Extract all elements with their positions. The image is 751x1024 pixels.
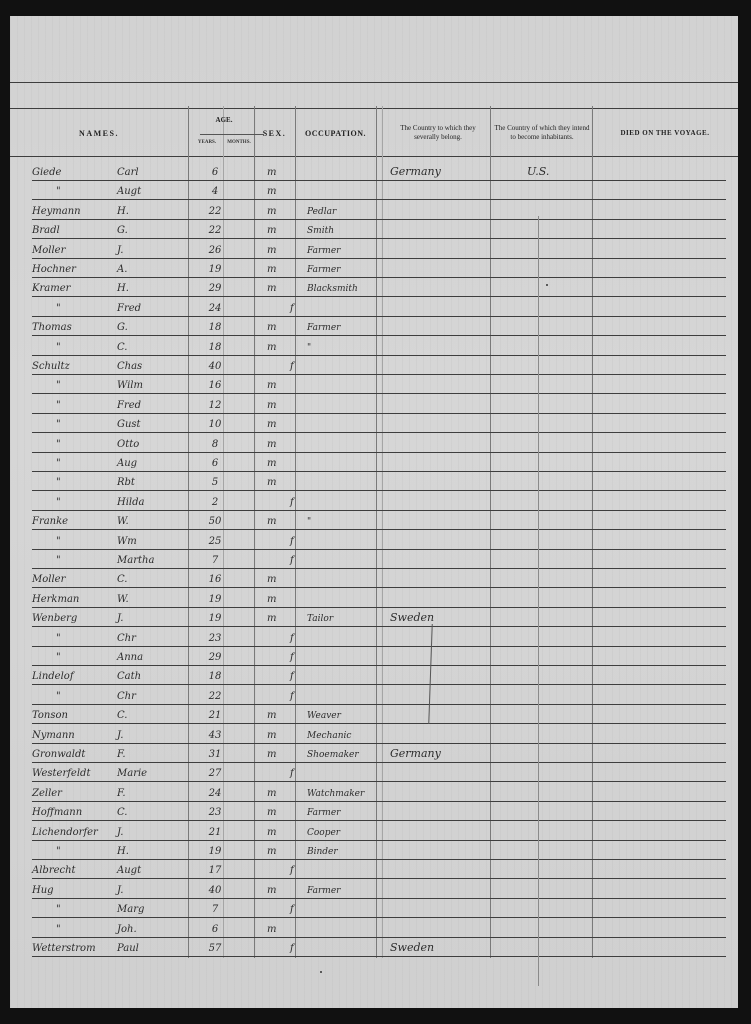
- sex-cell: f: [290, 633, 330, 644]
- given-name-cell: H.: [117, 283, 187, 294]
- age-years-cell: 16: [205, 380, 225, 391]
- header-names: NAMES.: [10, 110, 188, 156]
- sex-cell: f: [290, 536, 330, 547]
- sex-cell: m: [267, 245, 307, 256]
- age-years-cell: 17: [205, 865, 225, 876]
- sex-cell: m: [267, 846, 307, 857]
- sex-cell: f: [290, 671, 330, 682]
- table-row: ThomasG.18mFarmer: [32, 316, 726, 336]
- occupation-cell: Pedlar: [307, 207, 387, 217]
- sex-cell: f: [290, 904, 330, 915]
- sex-cell: m: [267, 167, 307, 178]
- surname-cell: Giede: [32, 167, 112, 178]
- surname-cell: Albrecht: [32, 865, 112, 876]
- header-age-months: MONTHS.: [224, 140, 254, 145]
- surname-cell: Moller: [32, 574, 112, 585]
- table-row: "Martha7f: [32, 549, 726, 569]
- table-row: "H.19mBinder: [32, 840, 726, 860]
- surname-cell: Westerfeldt: [32, 768, 112, 779]
- table-row: NymannJ.43mMechanic: [32, 724, 726, 744]
- surname-cell: Wetterstrom: [32, 943, 112, 954]
- given-name-cell: J.: [117, 730, 187, 741]
- given-name-cell: Rbt: [117, 477, 187, 488]
- sex-cell: f: [290, 361, 330, 372]
- occupation-cell: ": [307, 343, 387, 353]
- table-row: BradlG.22mSmith: [32, 219, 726, 239]
- given-name-cell: Paul: [117, 943, 187, 954]
- age-years-cell: 50: [205, 516, 225, 527]
- sex-cell: m: [267, 283, 307, 294]
- table-row: LichendorferJ.21mCooper: [32, 821, 726, 841]
- given-name-cell: C.: [117, 342, 187, 353]
- sex-cell: m: [267, 885, 307, 896]
- age-years-cell: 4: [205, 186, 225, 197]
- age-years-cell: 12: [205, 400, 225, 411]
- occupation-cell: Blacksmith: [307, 284, 387, 294]
- sex-cell: m: [267, 574, 307, 585]
- age-years-cell: 22: [205, 691, 225, 702]
- sex-cell: f: [290, 303, 330, 314]
- occupation-cell: Farmer: [307, 808, 387, 818]
- table-row: "Augt4m: [32, 180, 726, 200]
- sex-cell: m: [267, 710, 307, 721]
- given-name-cell: A.: [117, 264, 187, 275]
- age-years-cell: 22: [205, 206, 225, 217]
- surname-cell: Gronwaldt: [32, 749, 112, 760]
- given-name-cell: F.: [117, 788, 187, 799]
- sex-cell: m: [267, 264, 307, 275]
- sex-cell: m: [267, 322, 307, 333]
- header-sex: SEX.: [254, 110, 295, 156]
- occupation-cell: Binder: [307, 847, 387, 857]
- given-name-cell: Fred: [117, 303, 187, 314]
- sex-cell: m: [267, 594, 307, 605]
- table-row: "Joh.6m: [32, 918, 726, 938]
- table-row: HoffmannC.23mFarmer: [32, 801, 726, 821]
- age-years-cell: 40: [205, 885, 225, 896]
- fold-crease: [538, 216, 539, 986]
- age-years-cell: 19: [205, 846, 225, 857]
- age-years-cell: 18: [205, 322, 225, 333]
- table-row: HeymannH.22mPedlar: [32, 200, 726, 220]
- surname-cell: Heymann: [32, 206, 112, 217]
- age-years-cell: 21: [205, 710, 225, 721]
- table-row: AlbrechtAugt17f: [32, 859, 726, 879]
- age-years-cell: 29: [205, 652, 225, 663]
- age-years-cell: 19: [205, 594, 225, 605]
- given-name-cell: Chr: [117, 633, 187, 644]
- table-row: WenbergJ.19mTailorSweden: [32, 607, 726, 627]
- sex-cell: f: [290, 691, 330, 702]
- age-years-cell: 57: [205, 943, 225, 954]
- given-name-cell: Aug: [117, 458, 187, 469]
- table-row: MollerC.16m: [32, 568, 726, 588]
- age-years-cell: 6: [205, 167, 225, 178]
- sex-cell: f: [290, 768, 330, 779]
- table-row: "Fred12m: [32, 394, 726, 414]
- table-row: ZellerF.24mWatchmaker: [32, 782, 726, 802]
- sex-cell: m: [267, 516, 307, 527]
- sex-cell: m: [267, 613, 307, 624]
- age-years-cell: 21: [205, 827, 225, 838]
- given-name-cell: C.: [117, 807, 187, 818]
- occupation-cell: Shoemaker: [307, 750, 387, 760]
- sex-cell: m: [267, 225, 307, 236]
- table-row: MollerJ.26mFarmer: [32, 239, 726, 259]
- surname-cell: Lindelof: [32, 671, 112, 682]
- sex-cell: m: [267, 400, 307, 411]
- age-rule: [200, 134, 264, 135]
- age-years-cell: 7: [205, 555, 225, 566]
- age-years-cell: 18: [205, 671, 225, 682]
- sex-cell: m: [267, 924, 307, 935]
- table-row: WesterfeldtMarie27f: [32, 762, 726, 782]
- sex-cell: m: [267, 807, 307, 818]
- header-top-rule: [10, 108, 738, 109]
- occupation-cell: Farmer: [307, 265, 387, 275]
- table-row: "Chr23f: [32, 627, 726, 647]
- surname-cell: Hug: [32, 885, 112, 896]
- surname-cell: Thomas: [32, 322, 112, 333]
- surname-cell: Tonson: [32, 710, 112, 721]
- sex-cell: m: [267, 730, 307, 741]
- sex-cell: f: [290, 652, 330, 663]
- surname-cell: Lichendorfer: [32, 827, 112, 838]
- table-row: "C.18m": [32, 336, 726, 356]
- occupation-cell: ": [307, 517, 387, 527]
- header-country-intend: The Country of which they intend to beco…: [493, 110, 591, 156]
- age-years-cell: 6: [205, 924, 225, 935]
- given-name-cell: Hilda: [117, 497, 187, 508]
- age-years-cell: 5: [205, 477, 225, 488]
- occupation-cell: Tailor: [307, 614, 387, 624]
- age-years-cell: 2: [205, 497, 225, 508]
- ink-spot: [546, 284, 548, 286]
- sex-cell: m: [267, 380, 307, 391]
- header-died: DIED ON THE VOYAGE.: [595, 110, 735, 156]
- header-occupation: OCCUPATION.: [295, 110, 376, 156]
- given-name-cell: F.: [117, 749, 187, 760]
- sex-cell: f: [290, 943, 330, 954]
- table-row: LindelofCath18f: [32, 665, 726, 685]
- given-name-cell: Carl: [117, 167, 187, 178]
- sex-cell: m: [267, 419, 307, 430]
- sex-cell: m: [267, 342, 307, 353]
- occupation-cell: Farmer: [307, 886, 387, 896]
- table-row: HerkmanW.19m: [32, 588, 726, 608]
- age-years-cell: 23: [205, 807, 225, 818]
- table-row: GronwaldtF.31mShoemakerGermany: [32, 743, 726, 763]
- surname-cell: Hochner: [32, 264, 112, 275]
- country-belong-cell: Sweden: [390, 941, 500, 954]
- given-name-cell: H.: [117, 846, 187, 857]
- age-years-cell: 24: [205, 303, 225, 314]
- occupation-cell: Mechanic: [307, 731, 387, 741]
- table-row: "Otto8m: [32, 433, 726, 453]
- occupation-cell: Weaver: [307, 711, 387, 721]
- given-name-cell: Augt: [117, 865, 187, 876]
- given-name-cell: G.: [117, 322, 187, 333]
- age-years-cell: 8: [205, 439, 225, 450]
- age-years-cell: 19: [205, 264, 225, 275]
- table-row: "Aug6m: [32, 452, 726, 472]
- age-years-cell: 29: [205, 283, 225, 294]
- sex-cell: m: [267, 439, 307, 450]
- occupation-cell: Watchmaker: [307, 789, 387, 799]
- given-name-cell: Wm: [117, 536, 187, 547]
- given-name-cell: Joh.: [117, 924, 187, 935]
- age-years-cell: 6: [205, 458, 225, 469]
- table-row: "Rbt5m: [32, 471, 726, 491]
- given-name-cell: J.: [117, 827, 187, 838]
- surname-cell: Bradl: [32, 225, 112, 236]
- surname-cell: Herkman: [32, 594, 112, 605]
- surname-cell: Kramer: [32, 283, 112, 294]
- surname-cell: Wenberg: [32, 613, 112, 624]
- given-name-cell: J.: [117, 885, 187, 896]
- table-row: "Chr22f: [32, 685, 726, 705]
- country-intend-cell: U.S.: [527, 165, 587, 178]
- ink-spot: [320, 971, 322, 973]
- country-belong-cell: Germany: [390, 165, 500, 178]
- sex-cell: f: [290, 555, 330, 566]
- table-row: GiedeCarl6mGermanyU.S.: [32, 161, 726, 181]
- table-row: SchultzChas40f: [32, 355, 726, 375]
- header-country-belong: The Country to which they severally belo…: [390, 110, 486, 156]
- header-bottom-rule: [10, 156, 738, 157]
- age-years-cell: 43: [205, 730, 225, 741]
- given-name-cell: Chas: [117, 361, 187, 372]
- age-years-cell: 10: [205, 419, 225, 430]
- age-years-cell: 7: [205, 904, 225, 915]
- sex-cell: m: [267, 186, 307, 197]
- country-belong-cell: Germany: [390, 747, 500, 760]
- table-row: "Wilm16m: [32, 374, 726, 394]
- table-row: WetterstromPaul57fSweden: [32, 937, 726, 957]
- sex-cell: m: [267, 749, 307, 760]
- occupation-cell: Smith: [307, 226, 387, 236]
- given-name-cell: C.: [117, 574, 187, 585]
- occupation-cell: Farmer: [307, 246, 387, 256]
- given-name-cell: J.: [117, 613, 187, 624]
- table-row: TonsonC.21mWeaver: [32, 704, 726, 724]
- occupation-cell: Farmer: [307, 323, 387, 333]
- table-row: "Gust10m: [32, 413, 726, 433]
- table-row: KramerH.29mBlacksmith: [32, 277, 726, 297]
- sex-cell: f: [290, 497, 330, 508]
- header-age-years: YEARS.: [192, 140, 222, 145]
- given-name-cell: C.: [117, 710, 187, 721]
- given-name-cell: Otto: [117, 439, 187, 450]
- sex-cell: f: [290, 865, 330, 876]
- given-name-cell: W.: [117, 516, 187, 527]
- given-name-cell: Anna: [117, 652, 187, 663]
- surname-cell: Zeller: [32, 788, 112, 799]
- given-name-cell: W.: [117, 594, 187, 605]
- header-age: AGE.: [188, 116, 260, 124]
- top-rule: [10, 82, 738, 83]
- given-name-cell: Cath: [117, 671, 187, 682]
- given-name-cell: Marie: [117, 768, 187, 779]
- sex-cell: m: [267, 788, 307, 799]
- given-name-cell: Marg: [117, 904, 187, 915]
- sex-cell: m: [267, 206, 307, 217]
- given-name-cell: Wilm: [117, 380, 187, 391]
- age-years-cell: 25: [205, 536, 225, 547]
- age-years-cell: 18: [205, 342, 225, 353]
- age-years-cell: 19: [205, 613, 225, 624]
- age-years-cell: 16: [205, 574, 225, 585]
- given-name-cell: Chr: [117, 691, 187, 702]
- sex-cell: m: [267, 458, 307, 469]
- given-name-cell: Martha: [117, 555, 187, 566]
- table-row: HugJ.40mFarmer: [32, 879, 726, 899]
- given-name-cell: Fred: [117, 400, 187, 411]
- table-row: "Anna29f: [32, 646, 726, 666]
- given-name-cell: H.: [117, 206, 187, 217]
- occupation-cell: Cooper: [307, 828, 387, 838]
- table-row: "Hilda2f: [32, 491, 726, 511]
- table-row: "Marg7f: [32, 898, 726, 918]
- table-row: FrankeW.50m": [32, 510, 726, 530]
- age-years-cell: 40: [205, 361, 225, 372]
- sex-cell: m: [267, 477, 307, 488]
- surname-cell: Schultz: [32, 361, 112, 372]
- table-header: NAMES. SEX. OCCUPATION. The Country to w…: [10, 110, 738, 156]
- age-years-cell: 23: [205, 633, 225, 644]
- surname-cell: Nymann: [32, 730, 112, 741]
- given-name-cell: Gust: [117, 419, 187, 430]
- country-belong-cell: Sweden: [390, 611, 500, 624]
- age-years-cell: 22: [205, 225, 225, 236]
- surname-cell: Franke: [32, 516, 112, 527]
- age-years-cell: 26: [205, 245, 225, 256]
- table-row: "Fred24f: [32, 297, 726, 317]
- table-row: "Wm25f: [32, 530, 726, 550]
- age-years-cell: 31: [205, 749, 225, 760]
- table-row: HochnerA.19mFarmer: [32, 258, 726, 278]
- surname-cell: Hoffmann: [32, 807, 112, 818]
- given-name-cell: Augt: [117, 186, 187, 197]
- sex-cell: m: [267, 827, 307, 838]
- given-name-cell: G.: [117, 225, 187, 236]
- given-name-cell: J.: [117, 245, 187, 256]
- surname-cell: Moller: [32, 245, 112, 256]
- age-years-cell: 24: [205, 788, 225, 799]
- manifest-page: NAMES. SEX. OCCUPATION. The Country to w…: [10, 16, 738, 1008]
- age-years-cell: 27: [205, 768, 225, 779]
